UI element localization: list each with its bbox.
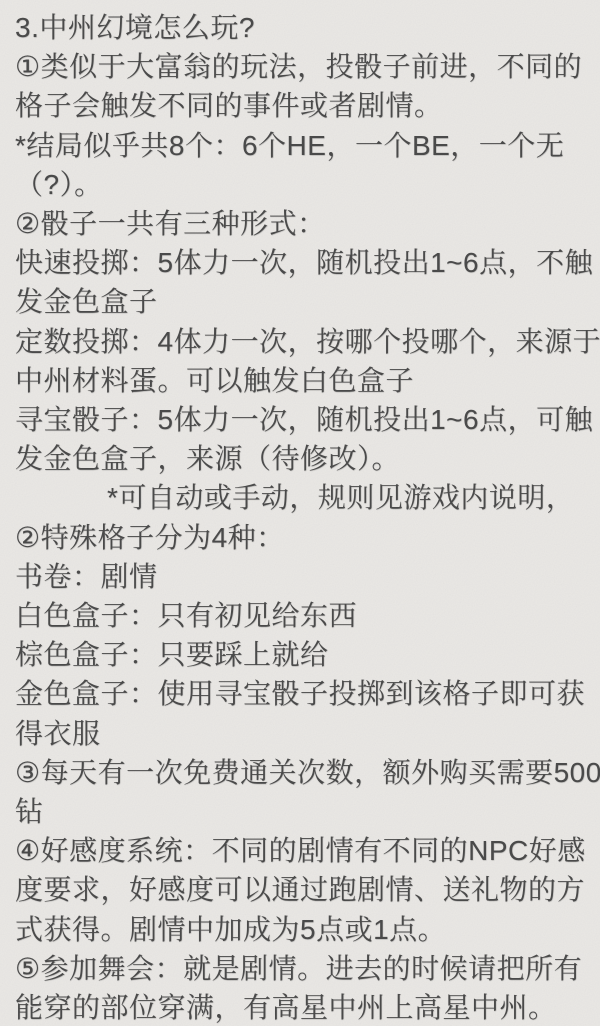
text-line: *可自动或手动，规则见游戏内说明， (15, 478, 588, 517)
text-line: 定数投掷：4体力一次，按哪个投哪个，来源于 (15, 322, 588, 361)
text-line: 钻 (15, 792, 588, 831)
text-line: 能穿的部位穿满，有高星中州上高星中州。 (15, 988, 588, 1026)
text-line: 中州材料蛋。可以触发白色盒子 (15, 361, 588, 400)
text-line: 金色盒子：使用寻宝骰子投掷到该格子即可获 (15, 674, 588, 713)
text-line: 得衣服 (15, 714, 588, 753)
text-line: ③每天有一次免费通关次数，额外购买需要500 (15, 753, 588, 792)
text-line: 棕色盒子：只要踩上就给 (15, 635, 588, 674)
text-line: 书卷：剧情 (15, 557, 588, 596)
text-line: 格子会触发不同的事件或者剧情。 (15, 86, 588, 125)
text-line: 发金色盒子 (15, 282, 588, 321)
text-line: ⑤参加舞会：就是剧情。进去的时候请把所有 (15, 949, 588, 988)
text-line: 寻宝骰子：5体力一次，随机投出1~6点，可触 (15, 400, 588, 439)
text-line: （?）。 (15, 165, 588, 204)
text-line: 快速投掷：5体力一次，随机投出1~6点，不触 (15, 243, 588, 282)
text-line: 发金色盒子，来源（待修改）。 (15, 439, 588, 478)
text-line: ②骰子一共有三种形式： (15, 204, 588, 243)
text-line: 式获得。剧情中加成为5点或1点。 (15, 910, 588, 949)
text-line: 白色盒子：只有初见给东西 (15, 596, 588, 635)
text-line: *结局似乎共8个：6个HE，一个BE，一个无 (15, 126, 588, 165)
text-line: ①类似于大富翁的玩法，投骰子前进，不同的 (15, 47, 588, 86)
note-page: 3.中州幻境怎么玩?①类似于大富翁的玩法，投骰子前进，不同的格子会触发不同的事件… (0, 0, 600, 1026)
text-line: 度要求，好感度可以通过跑剧情、送礼物的方 (15, 870, 588, 909)
text-line: ④好感度系统：不同的剧情有不同的NPC好感 (15, 831, 588, 870)
text-line: ②特殊格子分为4种： (15, 518, 588, 557)
text-line: 3.中州幻境怎么玩? (15, 8, 588, 47)
